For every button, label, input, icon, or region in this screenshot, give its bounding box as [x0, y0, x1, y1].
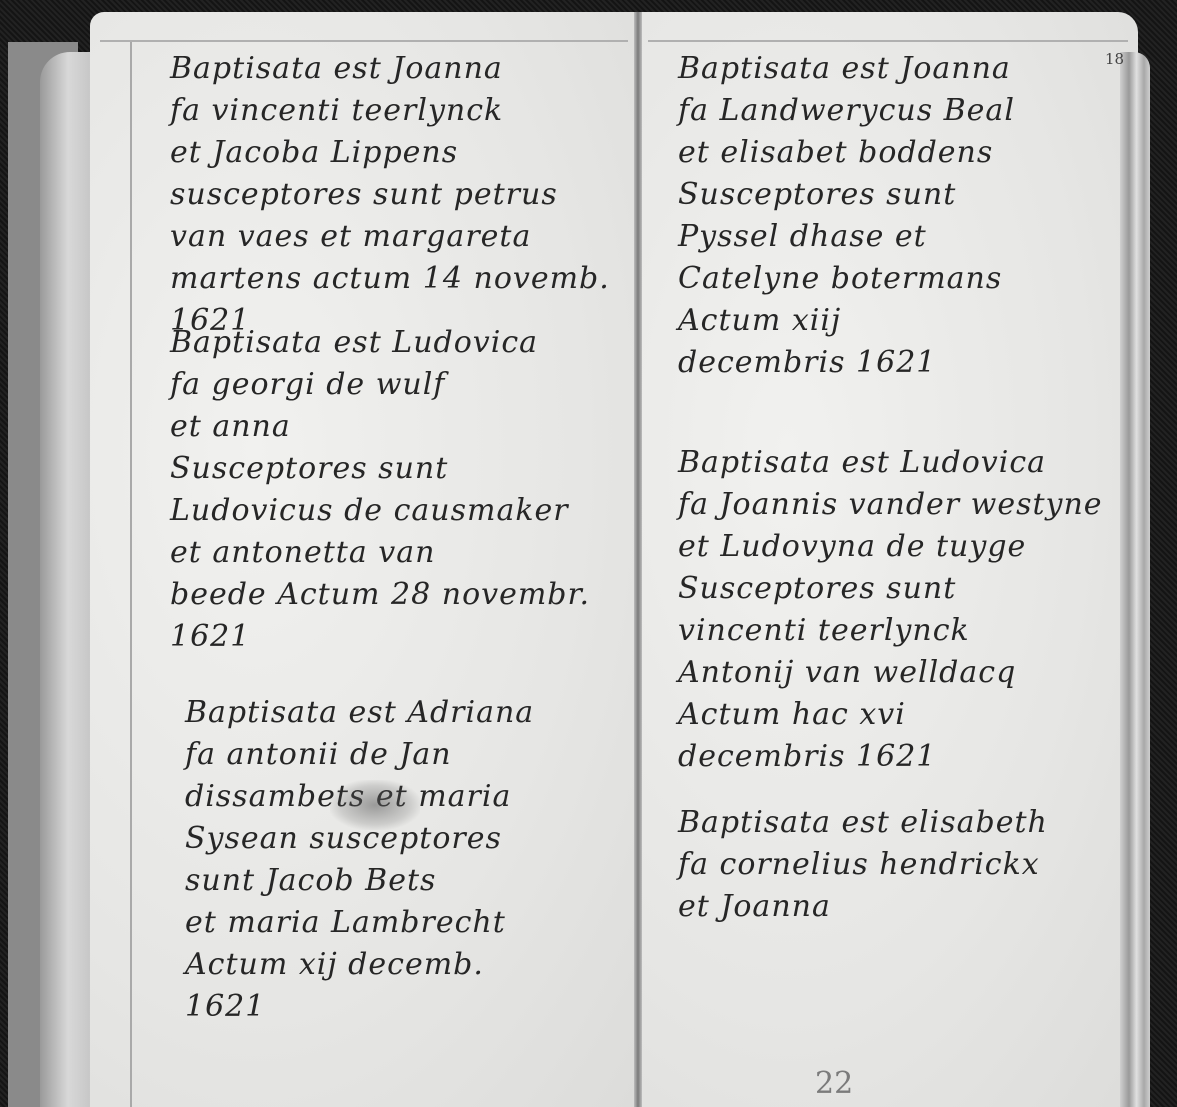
entry-line: Baptisata est elisabeth: [678, 802, 1048, 844]
entry-line: Actum xij decemb.: [185, 944, 534, 986]
entry-line: et Joanna: [678, 886, 1048, 928]
entry-line: et Jacoba Lippens: [170, 132, 610, 174]
entry-line: Baptisata est Ludovica: [170, 322, 590, 364]
entry-line: Baptisata est Joanna: [678, 48, 1015, 90]
baptism-entry-left-3: Baptisata est Adriana fa antonii de Jan …: [185, 692, 534, 1028]
entry-line: Susceptores sunt: [678, 568, 1103, 610]
entry-line: van vaes et margareta: [170, 216, 610, 258]
folio-number: 22: [815, 1066, 853, 1101]
entry-line: et anna: [170, 406, 590, 448]
ink-smudge: [330, 780, 420, 830]
entry-line: fa vincenti teerlynck: [170, 90, 610, 132]
entry-line: fa Joannis vander westyne: [678, 484, 1103, 526]
entry-line: Baptisata est Joanna: [170, 48, 610, 90]
right-page: Baptisata est Joanna fa Landwerycus Beal…: [638, 12, 1138, 1107]
entry-line: Susceptores sunt: [678, 174, 1015, 216]
entry-line: Susceptores sunt: [170, 448, 590, 490]
left-page-top-ruling: [100, 40, 628, 42]
baptism-entry-right-3: Baptisata est elisabeth fa cornelius hen…: [678, 802, 1048, 928]
entry-line: fa georgi de wulf: [170, 364, 590, 406]
entry-line: Pyssel dhase et: [678, 216, 1015, 258]
right-page-stack-edge: [1120, 52, 1150, 1107]
open-register-book: Baptisata est Joanna fa vincenti teerlyn…: [40, 12, 1150, 1107]
entry-line: et Ludovyna de tuyge: [678, 526, 1103, 568]
entry-line: Catelyne botermans: [678, 258, 1015, 300]
right-page-top-ruling: [648, 40, 1128, 42]
entry-line: Ludovicus de causmaker: [170, 490, 590, 532]
baptism-entry-right-2: Baptisata est Ludovica fa Joannis vander…: [678, 442, 1103, 778]
entry-line: 1621: [170, 616, 590, 658]
left-page: Baptisata est Joanna fa vincenti teerlyn…: [90, 12, 638, 1107]
entry-line: fa cornelius hendrickx: [678, 844, 1048, 886]
left-page-margin-ruling: [130, 42, 132, 1107]
entry-line: susceptores sunt petrus: [170, 174, 610, 216]
entry-line: fa antonii de Jan: [185, 734, 534, 776]
entry-line: 1621: [185, 986, 534, 1028]
baptism-entry-left-2: Baptisata est Ludovica fa georgi de wulf…: [170, 322, 590, 658]
baptism-entry-left-1: Baptisata est Joanna fa vincenti teerlyn…: [170, 48, 610, 342]
corner-marginal-number: 18: [1105, 50, 1124, 68]
entry-line: Antonij van welldacq: [678, 652, 1103, 694]
entry-line: beede Actum 28 novembr.: [170, 574, 590, 616]
entry-line: fa Landwerycus Beal: [678, 90, 1015, 132]
entry-line: martens actum 14 novemb.: [170, 258, 610, 300]
entry-line: Actum hac xvi: [678, 694, 1103, 736]
entry-line: decembris 1621: [678, 342, 1015, 384]
entry-line: vincenti teerlynck: [678, 610, 1103, 652]
entry-line: et maria Lambrecht: [185, 902, 534, 944]
entry-line: et elisabet boddens: [678, 132, 1015, 174]
entry-line: et antonetta van: [170, 532, 590, 574]
entry-line: decembris 1621: [678, 736, 1103, 778]
entry-line: sunt Jacob Bets: [185, 860, 534, 902]
entry-line: Actum xiij: [678, 300, 1015, 342]
entry-line: Baptisata est Adriana: [185, 692, 534, 734]
baptism-entry-right-1: Baptisata est Joanna fa Landwerycus Beal…: [678, 48, 1015, 384]
book-gutter: [634, 12, 642, 1107]
entry-line: Baptisata est Ludovica: [678, 442, 1103, 484]
